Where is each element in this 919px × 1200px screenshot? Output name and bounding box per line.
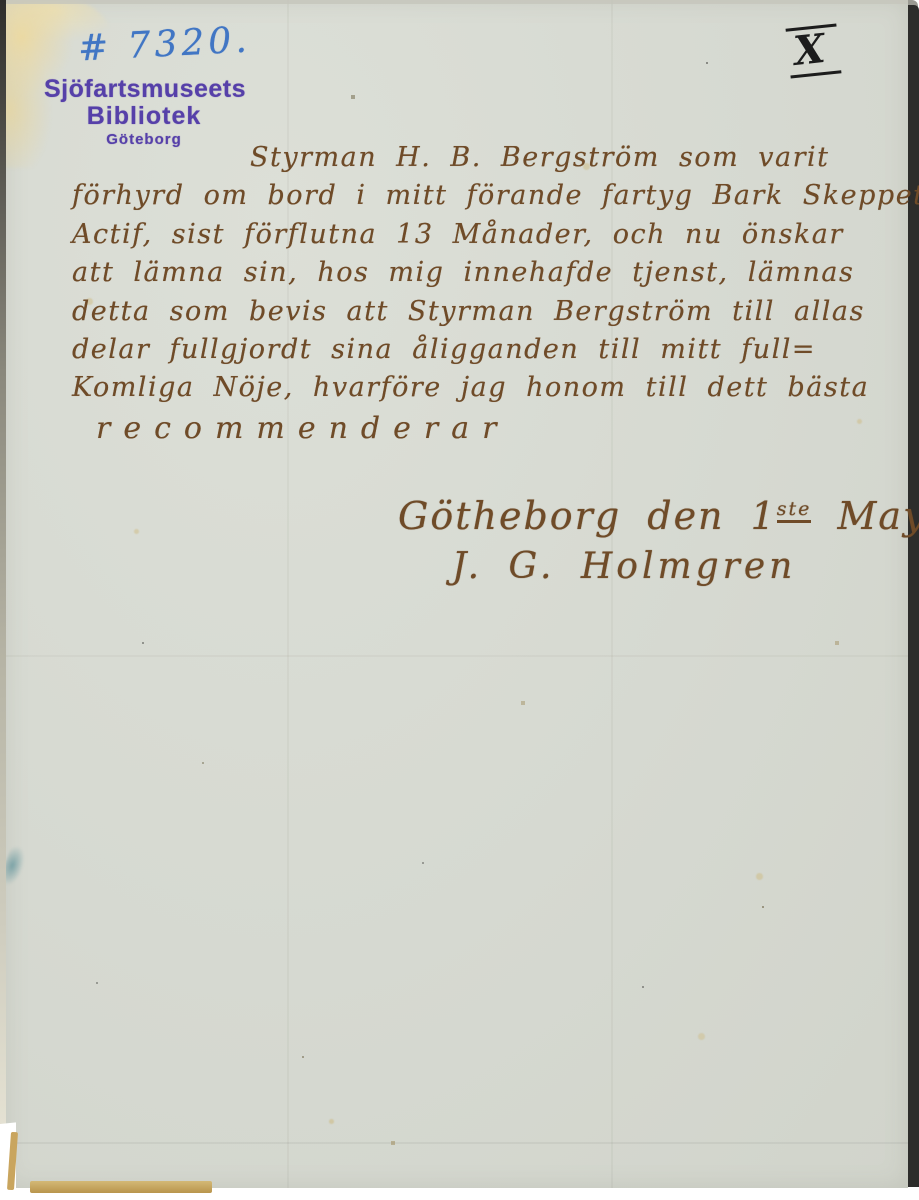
document-scan: # 7320. Sjöfartsmuseets Bibliotek Götebo… [0,0,919,1200]
library-stamp: Sjöfartsmuseets Bibliotek Göteborg [44,76,244,148]
letter-line: Actif, sist förflutna 13 Månader, och nu… [72,219,904,257]
dateline-month-year: May 1850. [811,494,919,538]
letter-line: att lämna sin, hos mig innehafde tjenst,… [72,257,904,295]
letter-line: Styrman H. B. Bergström som varit [72,142,904,180]
roman-numeral-page-mark: X [786,23,842,78]
stamp-line-library: Bibliotek [44,103,244,130]
signature: J. G. Holmgren [452,546,796,587]
letter-body: Styrman H. B. Bergström som varit förhyr… [72,142,904,449]
letter-line: förhyrd om bord i mitt förande fartyg Ba… [72,180,904,218]
letter-line: Komliga Nöje, hvarföre jag honom till de… [72,372,904,410]
dateline-place-day: Götheborg den 1 [398,494,777,538]
horizontal-fold-line [5,1142,908,1144]
paper-edge-top [5,0,908,4]
paper-edge-left [0,0,6,1162]
letter-line: delar fullgjordt sina åligganden till mi… [72,334,904,372]
paper-edge-bottom [30,1181,212,1193]
dateline-ordinal-suffix: ste [777,498,812,523]
letter-line: recommenderar [72,411,904,449]
horizontal-fold-line [5,655,908,657]
stamp-line-institution: Sjöfartsmuseets [44,76,244,103]
letter-line: detta som bevis att Styrman Bergström ti… [72,296,904,334]
dateline: Götheborg den 1ste May 1850. [398,494,919,538]
